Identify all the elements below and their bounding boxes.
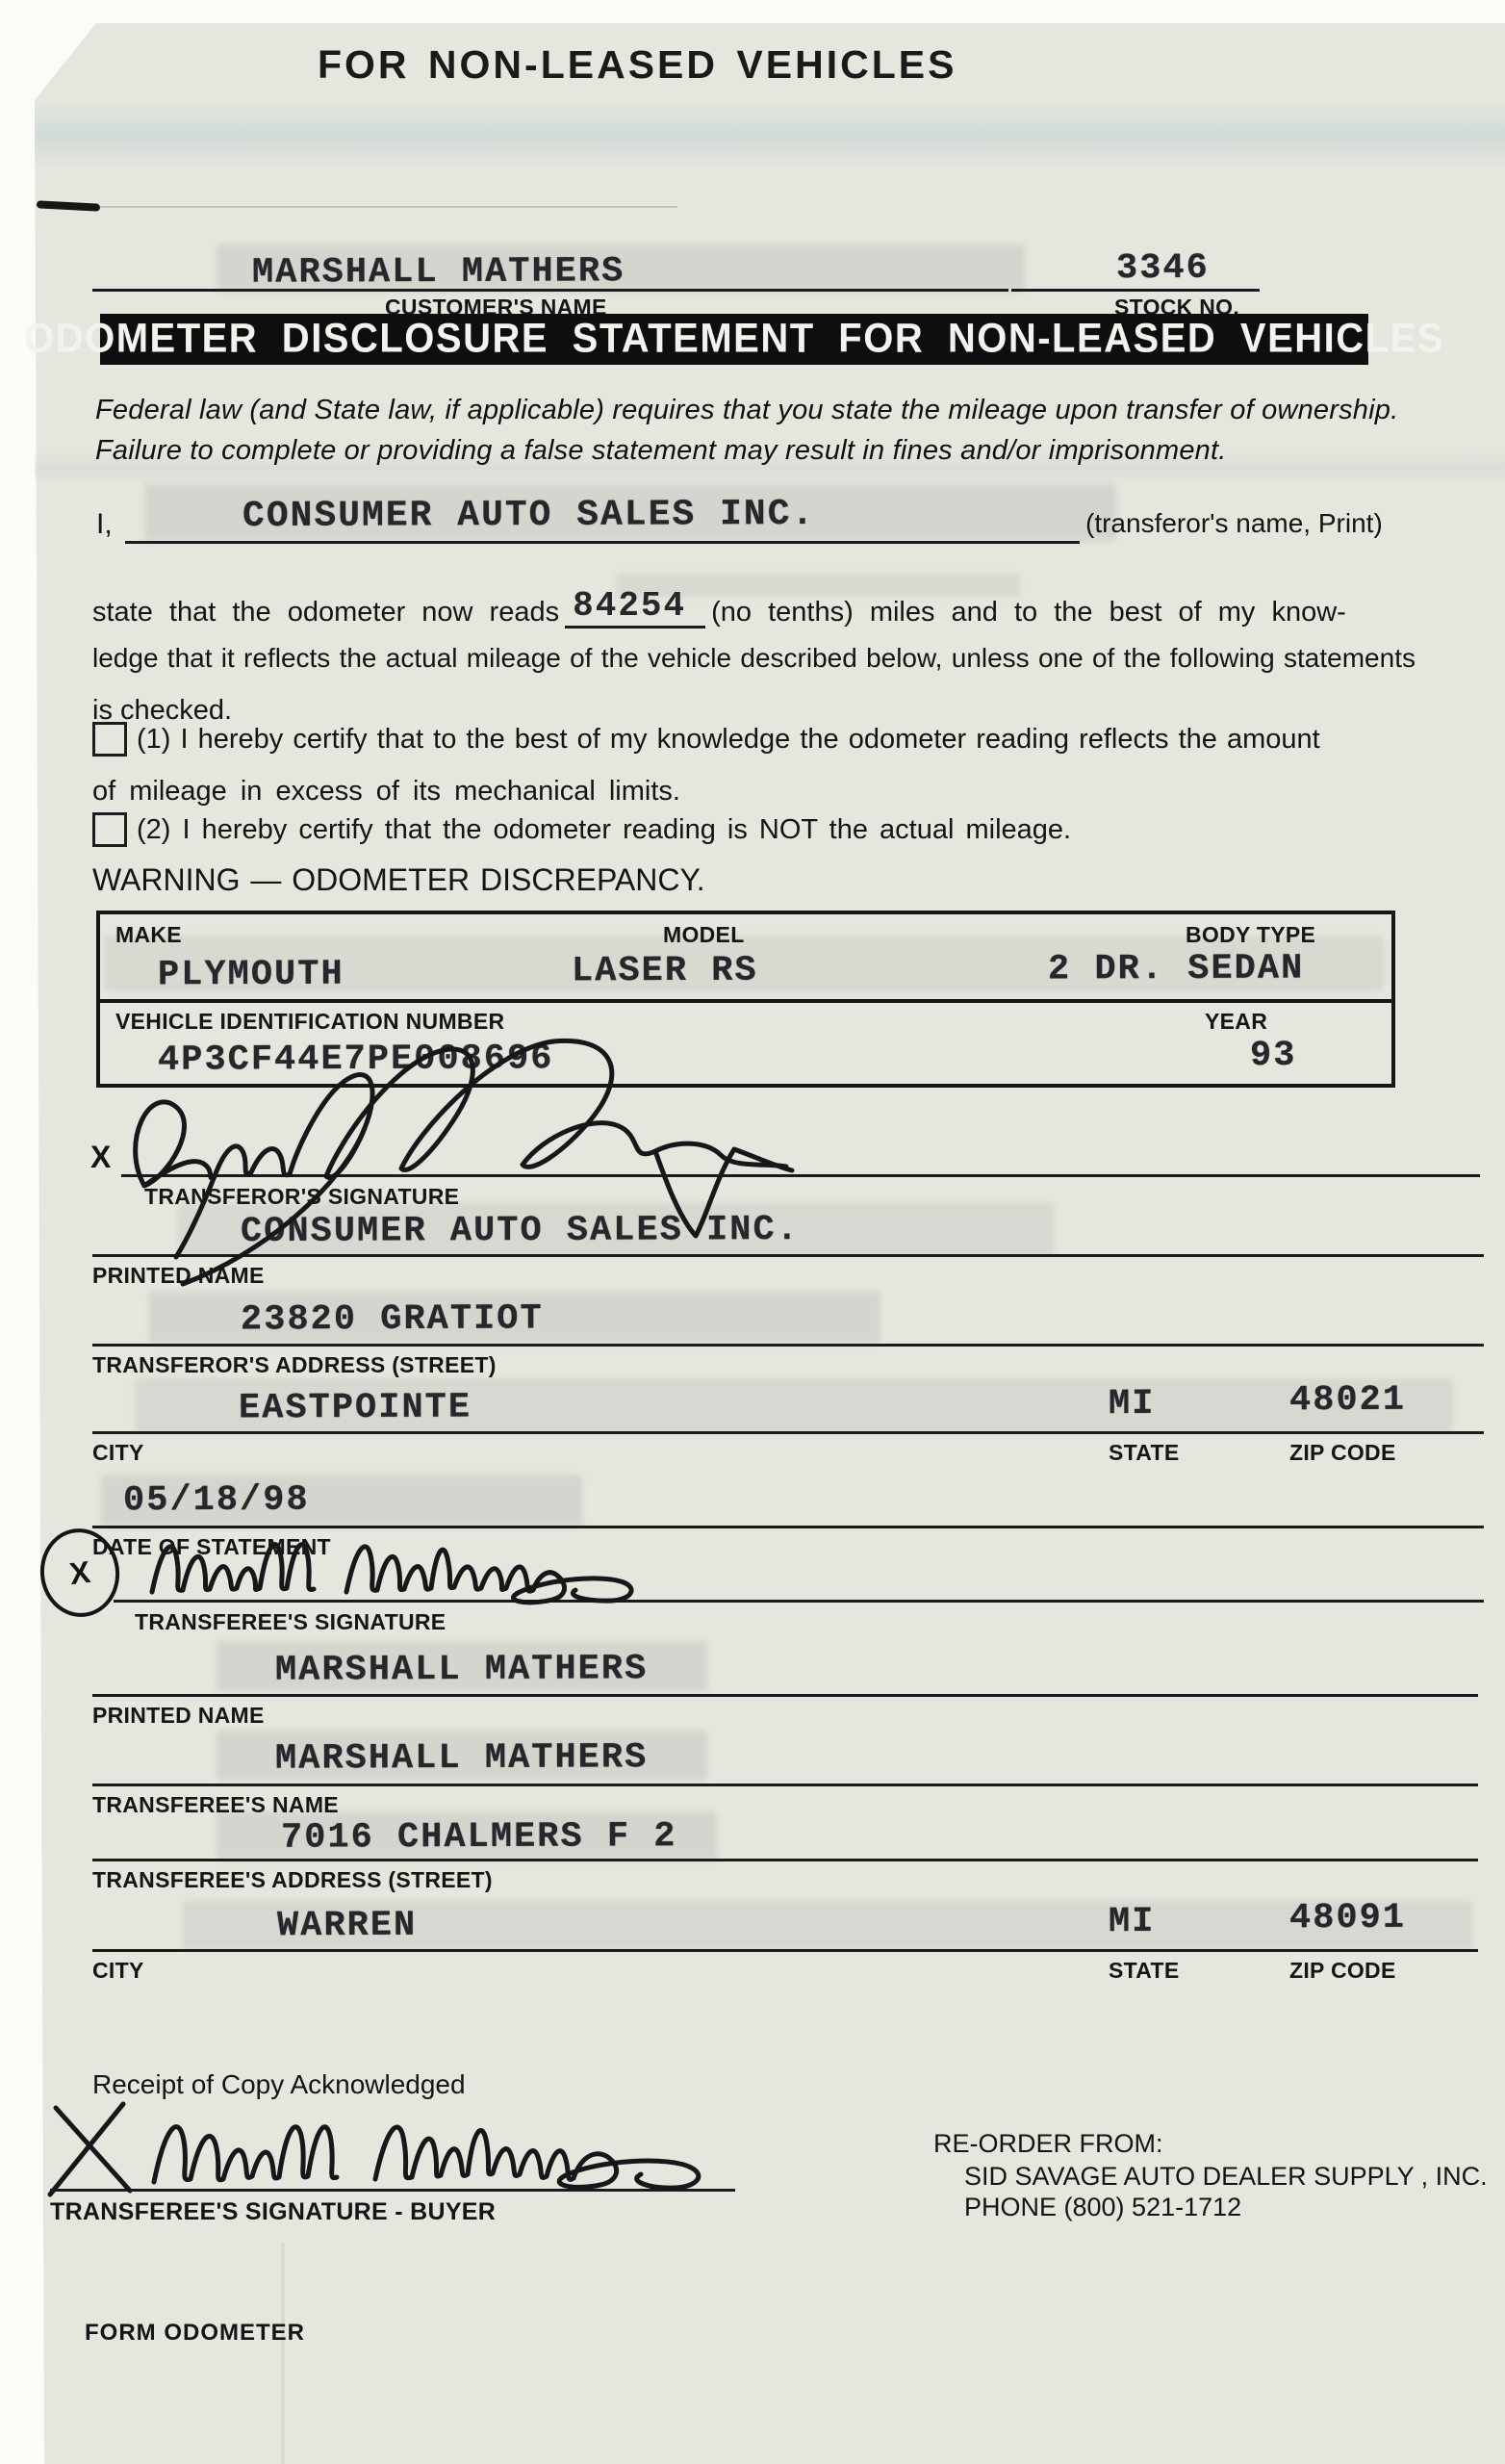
odometer-statement-line-1: state that the odometer now reads 84254 … xyxy=(92,589,1346,629)
date-of-statement-value: 05/18/98 xyxy=(123,1480,310,1522)
cert1-line-1: (1) I hereby certify that to the best of… xyxy=(137,724,1320,756)
date-of-statement-label: DATE OF STATEMENT xyxy=(92,1534,331,1560)
scanned-odometer-disclosure-form: FOR NON-LEASED VEHICLES MARSHALL MATHERS… xyxy=(0,0,1505,2464)
transferor-x-mark: X xyxy=(90,1140,111,1175)
transferee-zip-value: 48091 xyxy=(1289,1898,1406,1938)
transferor-city-label: CITY xyxy=(92,1440,144,1466)
crease-line-vertical xyxy=(281,2243,285,2464)
transferor-address-line xyxy=(92,1344,1484,1347)
body-type-value: 2 DR. SEDAN xyxy=(1048,949,1304,990)
odometer-reading-value: 84254 xyxy=(565,589,705,629)
receipt-acknowledged-text: Receipt of Copy Acknowledged xyxy=(92,2069,466,2100)
cert1-line-2: of mileage in excess of its mechanical l… xyxy=(92,776,680,808)
transferor-name-value: CONSUMER AUTO SALES INC. xyxy=(242,494,815,537)
year-label: YEAR xyxy=(1205,1009,1267,1035)
reads-suffix: (no tenths) miles and to the best of my … xyxy=(711,597,1346,629)
form-name-label: FORM ODOMETER xyxy=(85,2320,305,2347)
title-bar: ODOMETER DISCLOSURE STATEMENT FOR NON-LE… xyxy=(100,314,1368,365)
transferor-city-line xyxy=(92,1431,1484,1434)
transferee-address-line xyxy=(92,1859,1478,1861)
year-value: 93 xyxy=(1250,1036,1297,1076)
transferee-city-label: CITY xyxy=(92,1958,144,1984)
transferee-signature-line xyxy=(114,1600,1484,1603)
page-title: FOR NON-LEASED VEHICLES xyxy=(318,42,957,88)
odometer-statement-line-2: ledge that it reflects the actual mileag… xyxy=(92,643,1416,674)
i-prefix: I, xyxy=(96,508,113,541)
legal-line-2: Failure to complete or providing a false… xyxy=(95,435,1227,467)
transferee-name-label: TRANSFEREE'S NAME xyxy=(92,1792,339,1818)
odometer-exceeds-limits-checkbox[interactable] xyxy=(92,722,127,757)
warning-text: WARNING — ODOMETER DISCREPANCY. xyxy=(92,862,705,898)
transferee-name-line xyxy=(92,1784,1478,1786)
transferee-zip-label: ZIP CODE xyxy=(1289,1958,1396,1984)
title-bar-text: ODOMETER DISCLOSURE STATEMENT FOR NON-LE… xyxy=(24,317,1444,363)
reads-prefix: state that the odometer now reads xyxy=(92,597,559,629)
model-value: LASER RS xyxy=(572,951,758,992)
transferee-address-label: TRANSFEREE'S ADDRESS (STREET) xyxy=(92,1867,493,1893)
transferee-name-value: MARSHALL MATHERS xyxy=(275,1737,648,1779)
transferee-signature-label: TRANSFEREE'S SIGNATURE xyxy=(135,1609,446,1635)
transferee-printed-name-line xyxy=(92,1694,1478,1697)
crease-line xyxy=(100,206,677,208)
transferor-name-line xyxy=(125,541,1080,544)
legal-line-1: Federal law (and State law, if applicabl… xyxy=(95,395,1398,426)
buyer-signature-label: TRANSFEREE'S SIGNATURE - BUYER xyxy=(50,2198,496,2226)
customer-name-value: MARSHALL MATHERS xyxy=(252,251,625,293)
stock-no-line xyxy=(1011,289,1260,292)
reorder-phone-line: PHONE (800) 521-1712 xyxy=(964,2193,1241,2222)
vin-label: VEHICLE IDENTIFICATION NUMBER xyxy=(115,1009,504,1035)
cert2-line: (2) I hereby certify that the odometer r… xyxy=(137,814,1071,846)
reorder-supplier-line: SID SAVAGE AUTO DEALER SUPPLY , INC. xyxy=(964,2162,1488,2192)
transferee-state-label: STATE xyxy=(1109,1958,1179,1984)
make-value: PLYMOUTH xyxy=(158,955,344,996)
transferee-printed-name-value: MARSHALL MATHERS xyxy=(275,1649,648,1690)
transferee-x-mark: X xyxy=(67,1553,92,1591)
body-type-label: BODY TYPE xyxy=(1186,922,1315,948)
transferor-printed-name-value: CONSUMER AUTO SALES INC. xyxy=(241,1210,800,1252)
transferor-zip-value: 48021 xyxy=(1289,1380,1406,1421)
transferor-address-label: TRANSFEROR'S ADDRESS (STREET) xyxy=(92,1352,497,1378)
customer-name-line xyxy=(92,289,1008,292)
make-label: MAKE xyxy=(115,922,182,948)
stock-no-value: 3346 xyxy=(1116,248,1210,289)
vehicle-table: MAKE MODEL BODY TYPE PLYMOUTH LASER RS 2… xyxy=(96,911,1395,1088)
transferor-state-label: STATE xyxy=(1109,1440,1179,1466)
transferor-name-hint: (transferor's name, Print) xyxy=(1085,508,1383,539)
vin-value: 4P3CF44E7PE008696 xyxy=(158,1039,554,1080)
transferor-printed-name-label: PRINTED NAME xyxy=(92,1263,265,1289)
transferee-address-value: 7016 CHALMERS F 2 xyxy=(281,1816,677,1858)
reorder-from-line: RE-ORDER FROM: xyxy=(933,2129,1163,2159)
date-line xyxy=(92,1526,1484,1528)
transferor-state-value: MI xyxy=(1109,1384,1156,1424)
not-actual-mileage-checkbox[interactable] xyxy=(92,812,127,847)
transferee-city-value: WARREN xyxy=(277,1906,417,1947)
transferor-printed-name-line xyxy=(92,1254,1484,1257)
transferor-signature-line xyxy=(121,1174,1480,1177)
transferor-address-value: 23820 GRATIOT xyxy=(241,1298,544,1340)
model-label: MODEL xyxy=(663,922,745,948)
vehicle-table-divider xyxy=(100,999,1391,1003)
transferee-city-line xyxy=(92,1949,1478,1952)
transferee-printed-name-label: PRINTED NAME xyxy=(92,1703,265,1729)
transferor-city-value: EASTPOINTE xyxy=(239,1388,472,1429)
buyer-signature-line xyxy=(50,2189,735,2192)
transferee-state-value: MI xyxy=(1109,1902,1156,1942)
transferor-zip-label: ZIP CODE xyxy=(1289,1440,1396,1466)
transferor-signature-label: TRANSFEROR'S SIGNATURE xyxy=(144,1184,459,1210)
